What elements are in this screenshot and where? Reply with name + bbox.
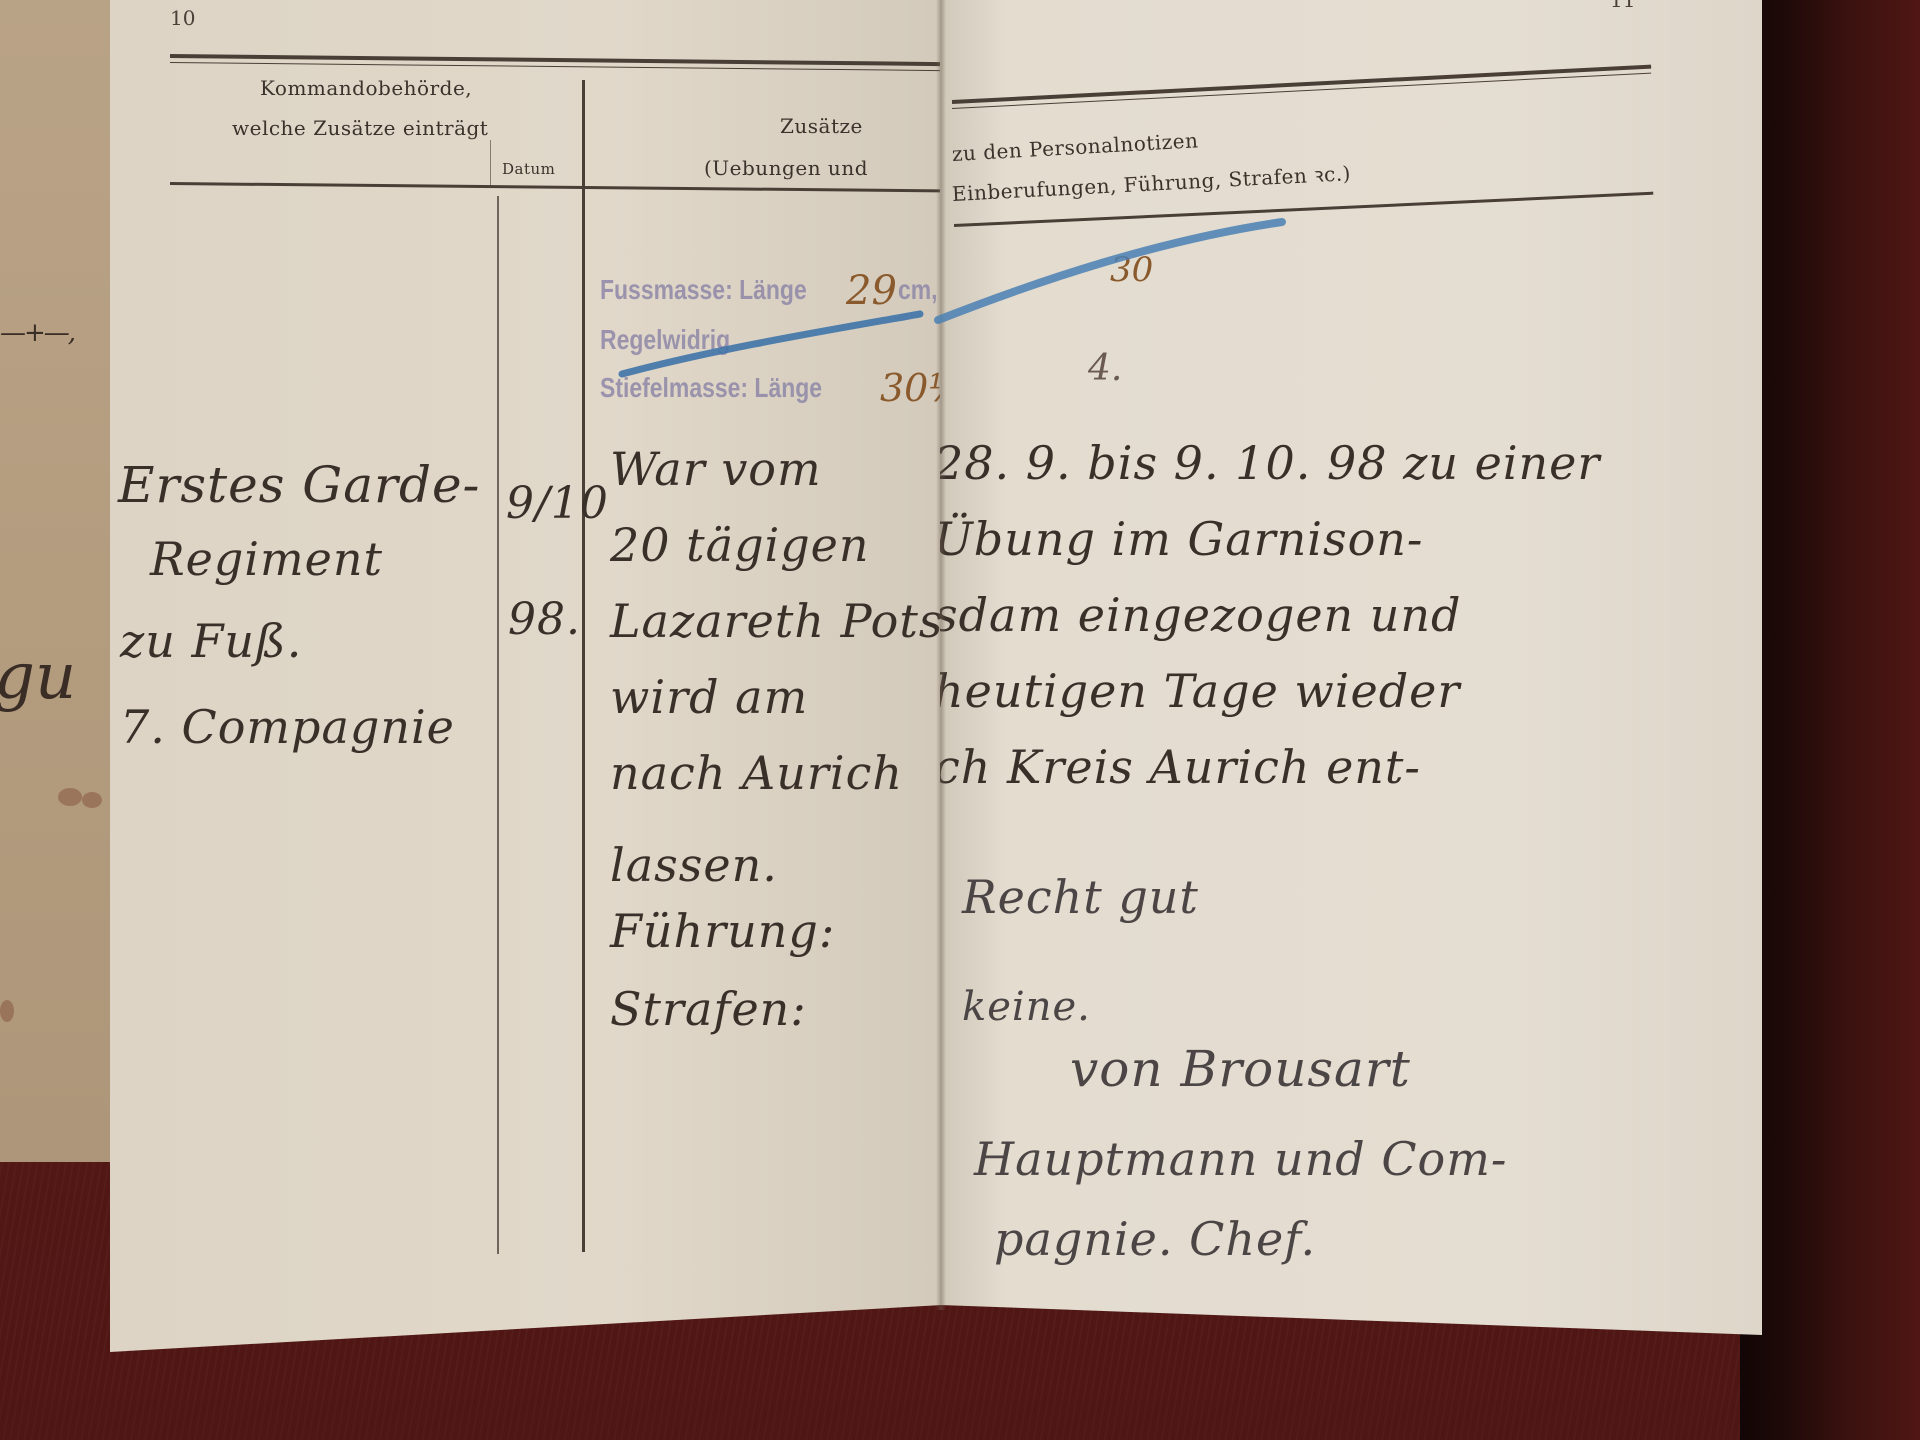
entry-text-line: lassen. <box>610 838 778 892</box>
entry-text-line: heutigen Tage wieder <box>934 664 1460 718</box>
entry-text-line: wird am <box>610 670 808 724</box>
entry-text-line: nach Aurich <box>610 746 903 800</box>
stamp-foot-measure-label: Fussmasse: Länge <box>600 274 807 306</box>
signature-title-line: Hauptmann und Com- <box>974 1132 1507 1186</box>
punishments-value: keine. <box>962 984 1091 1030</box>
authority-line: zu Fuß. <box>120 614 302 668</box>
header-authority-line1: Kommandobehörde, <box>260 76 472 100</box>
authority-line: 7. Compagnie <box>120 700 455 754</box>
background-shadow <box>1740 0 1920 1440</box>
left-page: 10 Kommandobehörde, welche Zusätze eintr… <box>110 0 942 1352</box>
header-rule-bottom <box>170 182 940 192</box>
boot-width-value: 4. <box>1088 348 1122 389</box>
conduct-value: Recht gut <box>962 870 1199 924</box>
header-rule-top <box>170 54 940 66</box>
underlying-old-document: —+—, gu <box>0 0 112 1162</box>
header-authority-line2: welche Zusätze einträgt <box>232 116 488 140</box>
header-additions-line1: Zusätze <box>780 114 863 138</box>
signature-title-line: pagnie. Chef. <box>994 1212 1316 1266</box>
entry-text-line: War vom <box>610 442 822 496</box>
page-number: 10 <box>170 6 195 30</box>
punishments-label: Strafen: <box>610 982 807 1036</box>
page-number: 11 <box>1610 0 1635 12</box>
column-divider-datum <box>497 196 499 1254</box>
conduct-label: Führung: <box>610 904 835 958</box>
header-additions-line2: (Uebungen und <box>704 156 868 180</box>
header-rule-top <box>952 65 1651 104</box>
entry-text-line: Übung im Garnison- <box>934 512 1423 566</box>
underlying-text-fragment: —+—, <box>0 318 74 348</box>
header-personal-notes-line2: Einberufungen, Führung, Strafen ꝛc.) <box>951 159 1351 207</box>
header-rule-top-thin <box>952 73 1651 109</box>
entry-date: 9/10 <box>506 478 609 529</box>
stamp-boot-measure-label: Stiefelmasse: Länge <box>600 372 822 404</box>
stain-mark <box>58 788 82 806</box>
book-spine-fold <box>936 0 946 1310</box>
header-date-label: Datum <box>502 160 555 178</box>
entry-date-year: 98. <box>508 594 581 645</box>
authority-line: Regiment <box>150 532 383 586</box>
entry-text-line: 28. 9. bis 9. 10. 98 zu einer <box>934 436 1600 490</box>
stain-mark <box>0 1000 14 1022</box>
signature-name: von Brousart <box>1070 1040 1411 1098</box>
entry-text-line: 20 tägigen <box>610 518 870 572</box>
foot-length-value: 29 <box>846 268 897 314</box>
column-divider-main <box>582 80 585 1252</box>
column-divider-datum-header <box>490 140 491 186</box>
stain-mark <box>82 792 102 808</box>
stamp-irregular-label: Regelwidrig <box>600 324 730 356</box>
ball-width-value: 30 <box>1110 250 1153 290</box>
header-personal-notes-line1: zu den Personalnotizen <box>951 128 1199 166</box>
entry-text-line: ch Kreis Aurich ent- <box>934 740 1421 794</box>
entry-text-line: sdam eingezogen und <box>934 588 1462 642</box>
right-page: 11 zu den Personalnotizen Einberufungen,… <box>940 0 1762 1335</box>
underlying-text-fragment: gu <box>0 640 76 714</box>
authority-line: Erstes Garde- <box>118 456 480 514</box>
